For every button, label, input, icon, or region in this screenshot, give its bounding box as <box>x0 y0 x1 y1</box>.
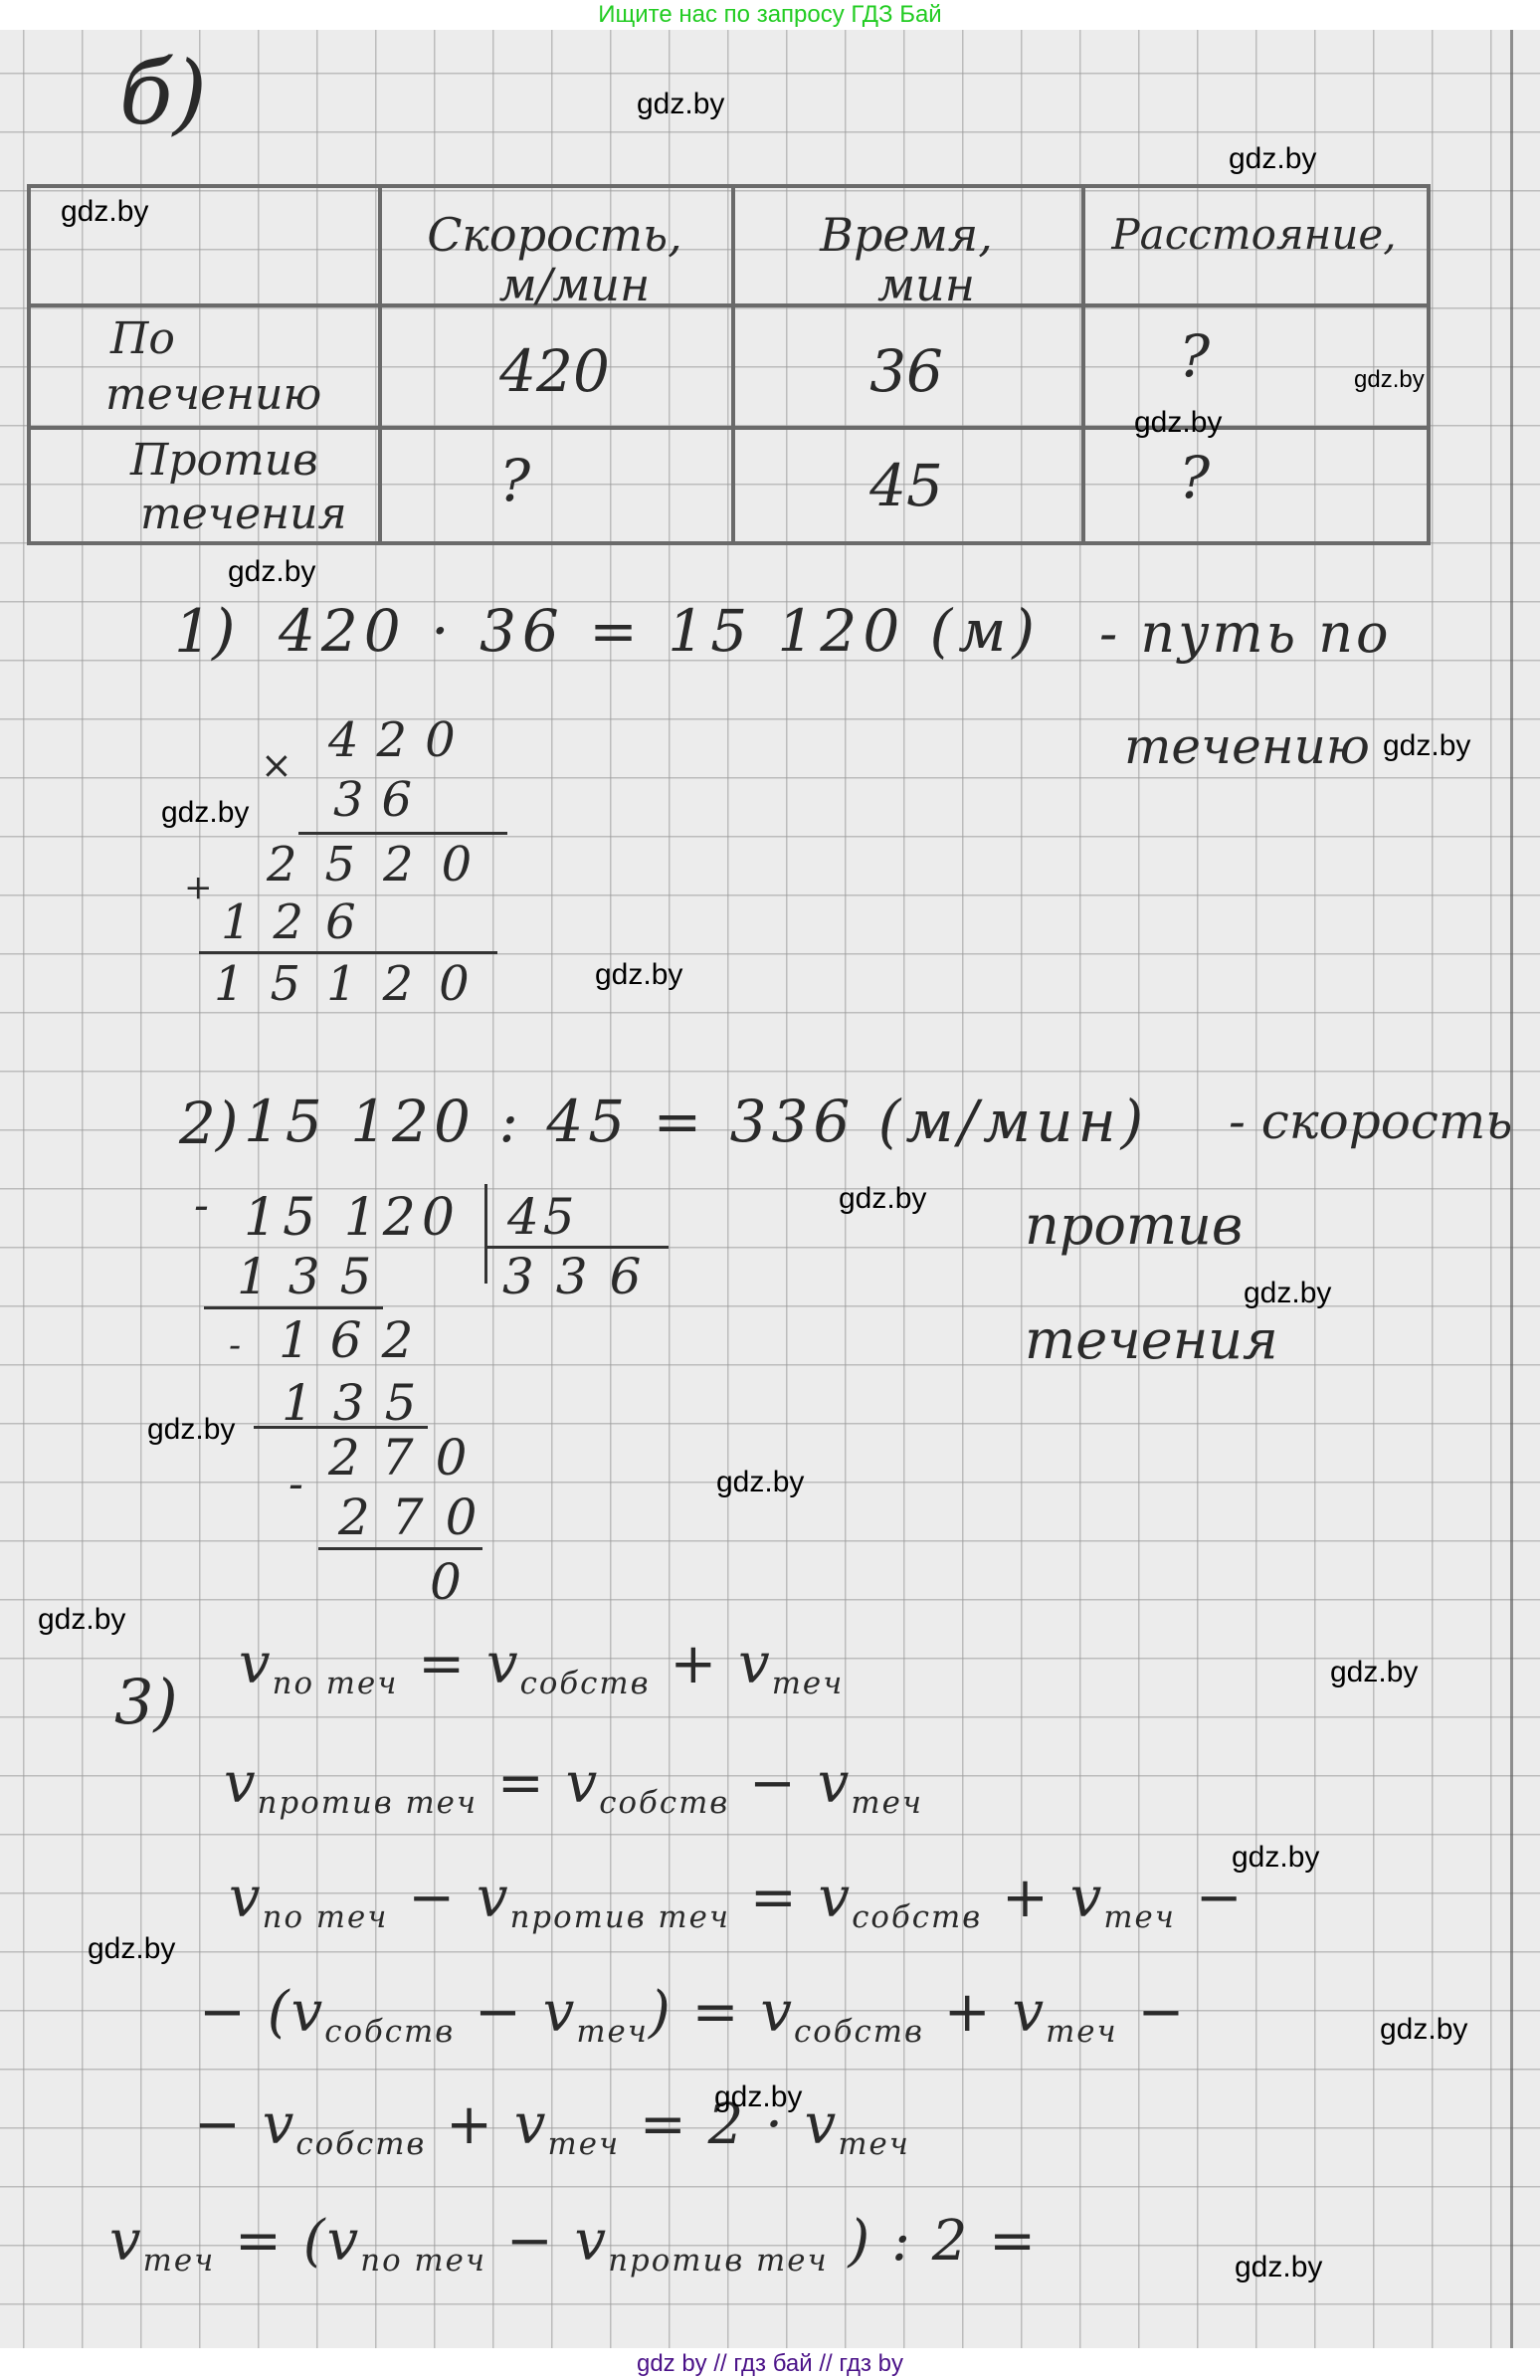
watermark-text: gdz.by <box>1330 1658 1418 1687</box>
watermark-text: gdz.by <box>595 960 682 990</box>
velocity-subscript: теч <box>143 2243 216 2279</box>
velocity-subscript: собств <box>794 2014 924 2050</box>
step2-number: 2) <box>179 1094 239 1152</box>
formula-operator: − <box>1118 1980 1187 2045</box>
velocity-symbol: vсобств <box>819 1866 983 1930</box>
formula-operator: = <box>398 1632 486 1696</box>
row-upstream-label: Против течения <box>61 434 379 541</box>
mult-result: 15120 <box>214 960 495 1008</box>
velocity-symbol: vтеч <box>514 2092 620 2157</box>
watermark-text: gdz.by <box>714 2082 802 2112</box>
velocity-symbol: vтеч <box>805 2092 910 2157</box>
row-label-line: течению <box>61 367 359 423</box>
division-step: 270 <box>328 1433 488 1483</box>
watermark-text: gdz.by <box>1244 1279 1331 1308</box>
watermark-text: gdz.by <box>1354 368 1425 392</box>
formula-line: vпротив теч = vсобств − vтеч <box>224 1756 923 1819</box>
header-speed: Скорость, м/мин <box>378 210 731 309</box>
velocity-symbol: vсобств <box>486 1632 651 1696</box>
formula-operator: − <box>486 2209 575 2274</box>
row-downstream-speed: 420 <box>378 342 731 400</box>
step2-equation: 15 120 : 45 = 336 (м/мин) <box>244 1092 1148 1150</box>
velocity-subscript: теч <box>838 2126 910 2162</box>
division-divisor: 45 <box>507 1192 579 1242</box>
velocity-symbol: vпо теч <box>239 1632 398 1696</box>
velocity-symbol: vпо теч <box>229 1866 388 1930</box>
formula-operator: + <box>982 1866 1070 1930</box>
watermark-text: gdz.by <box>88 1934 175 1964</box>
velocity-symbol: vсобств <box>566 1751 730 1816</box>
formula-line: − (vсобств − vтеч) = vсобств + vтеч − <box>199 1985 1186 2048</box>
minus-sign: - <box>229 1328 241 1364</box>
step1-note-line2: течению <box>1124 721 1370 771</box>
footer-links[interactable]: gdz by // гдз бай // гдз by <box>0 2348 1540 2380</box>
velocity-subscript: против теч <box>608 2243 828 2279</box>
formula-operator: ) = <box>649 1980 760 2045</box>
watermark-text: gdz.by <box>1134 408 1222 438</box>
velocity-subscript: собств <box>520 1666 651 1701</box>
velocity-symbol: vтеч <box>109 2209 215 2274</box>
division-rule <box>204 1306 383 1309</box>
velocity-symbol: vсобств <box>291 1980 456 2045</box>
row-label-line: По <box>61 311 359 367</box>
plus-sign: + <box>184 871 213 904</box>
row-downstream-time: 36 <box>731 342 1081 400</box>
watermark-text: gdz.by <box>1235 2253 1322 2282</box>
watermark-text: gdz.by <box>1232 1843 1319 1873</box>
formula-operator: + <box>924 1980 1013 2045</box>
division-step: 0 <box>430 1557 462 1607</box>
velocity-symbol: vпротив теч <box>575 2209 829 2274</box>
watermark-text: gdz.by <box>839 1184 926 1214</box>
step2-note-line1: - скорость <box>1229 1096 1513 1146</box>
watermark-text: gdz.by <box>1229 144 1316 174</box>
velocity-symbol: vсобств <box>760 1980 924 2045</box>
search-banner[interactable]: Ищите нас по запросу ГДЗ Бай <box>0 0 1540 30</box>
header-distance-line1: Расстояние, <box>1081 210 1427 260</box>
header-time-line2: мин <box>731 260 1081 309</box>
mult-operand2: 36 <box>333 776 430 824</box>
division-rule <box>318 1547 482 1550</box>
page-margin-line <box>1510 30 1513 2348</box>
formula-line: − vсобств + vтеч = 2 · vтеч <box>194 2097 910 2160</box>
velocity-symbol: vпротив теч <box>477 1866 730 1930</box>
mult-rule <box>199 951 497 954</box>
velocity-subscript: собств <box>295 2126 426 2162</box>
mult-sign: × <box>261 746 292 784</box>
velocity-subscript: по теч <box>360 2243 486 2279</box>
header-speed-line2: м/мин <box>378 260 731 309</box>
velocity-symbol: vсобств <box>263 2092 427 2157</box>
formula-operator: − <box>388 1866 477 1930</box>
velocity-symbol: vпротив теч <box>224 1751 478 1816</box>
watermark-text: gdz.by <box>61 197 148 227</box>
velocity-subscript: теч <box>1046 2014 1118 2050</box>
division-bracket <box>484 1184 487 1284</box>
watermark-text: gdz.by <box>1383 731 1470 761</box>
division-step: 162 <box>279 1315 433 1365</box>
step3-number: 3) <box>114 1672 178 1733</box>
velocity-subscript: теч <box>851 1785 923 1821</box>
velocity-symbol: vпо теч <box>327 2209 486 2274</box>
watermark-text: gdz.by <box>716 1468 804 1497</box>
section-label: б) <box>119 50 207 137</box>
problem-table: Скорость, м/мин Время, мин Расстояние, П… <box>27 184 1431 545</box>
mult-rule <box>298 832 507 835</box>
division-quotient: 336 <box>502 1252 663 1301</box>
formula-operator: = <box>730 1866 819 1930</box>
velocity-subscript: теч <box>772 1666 845 1701</box>
velocity-subscript: по теч <box>263 1899 389 1935</box>
velocity-subscript: собств <box>852 1899 982 1935</box>
watermark-text: gdz.by <box>38 1605 125 1635</box>
formula-operator: = <box>478 1751 566 1816</box>
formula-operator: − <box>455 1980 543 2045</box>
velocity-subscript: собств <box>324 2014 455 2050</box>
division-step: 135 <box>282 1378 436 1428</box>
velocity-symbol: vтеч <box>543 1980 649 2045</box>
step1-equation: 420 · 36 = 15 120 (м) <box>279 602 1041 660</box>
mult-partial2: 126 <box>221 898 378 946</box>
formula-line: vпо теч − vпротив теч = vсобств + vтеч − <box>229 1871 1245 1933</box>
velocity-symbol: vтеч <box>738 1632 844 1696</box>
formula-operator: − ( <box>199 1980 291 2045</box>
header-time: Время, мин <box>731 210 1081 309</box>
row-label-line: Против <box>61 434 379 488</box>
velocity-symbol: vтеч <box>1070 1866 1176 1930</box>
row-upstream-distance: ? <box>1081 449 1427 506</box>
velocity-symbol: vтеч <box>1012 1980 1117 2045</box>
step1-number: 1) <box>174 602 236 662</box>
velocity-subscript: теч <box>1103 1899 1176 1935</box>
header-distance: Расстояние, <box>1081 210 1427 260</box>
formula-operator: + <box>426 2092 514 2157</box>
velocity-subscript: против теч <box>510 1899 730 1935</box>
formula-operator: − <box>729 1751 818 1816</box>
velocity-subscript: против теч <box>258 1785 478 1821</box>
watermark-text: gdz.by <box>637 90 724 119</box>
watermark-text: gdz.by <box>147 1415 235 1445</box>
formula-operator: − <box>194 2092 263 2157</box>
division-dividend: 15 120 <box>244 1192 461 1244</box>
division-step: 270 <box>338 1492 498 1542</box>
mult-partial1: 2520 <box>267 841 499 889</box>
minus-sign: - <box>289 1463 303 1506</box>
velocity-symbol: vтеч <box>818 1751 923 1816</box>
velocity-subscript: теч <box>548 2126 621 2162</box>
velocity-subscript: по теч <box>273 1666 399 1701</box>
formula-operator: ) : 2 = <box>829 2209 1038 2274</box>
row-upstream-time: 45 <box>731 457 1081 514</box>
header-time-line1: Время, <box>731 210 1081 260</box>
row-downstream-label: По течению <box>61 311 359 423</box>
row-upstream-speed: ? <box>378 452 731 509</box>
velocity-subscript: теч <box>576 2014 649 2050</box>
formula-operator: = ( <box>215 2209 326 2274</box>
watermark-text: gdz.by <box>1380 2015 1467 2045</box>
formula-line: vтеч = (vпо теч − vпротив теч ) : 2 = <box>109 2214 1038 2277</box>
formula-operator: − <box>1176 1866 1245 1930</box>
velocity-subscript: собств <box>599 1785 729 1821</box>
step1-note-line1: - путь по <box>1099 607 1392 661</box>
formula-operator: + <box>651 1632 739 1696</box>
watermark-text: gdz.by <box>161 798 249 828</box>
notebook-page: б) Скорость, м/мин Время, мин Расстояние… <box>0 30 1540 2348</box>
header-speed-line1: Скорость, <box>378 210 731 260</box>
step2-note-line3: течения <box>1025 1313 1278 1367</box>
minus-sign: - <box>194 1184 209 1228</box>
step2-note-line2: против <box>1025 1199 1243 1253</box>
division-step: 135 <box>237 1252 391 1301</box>
row-label-line: течения <box>61 488 379 541</box>
mult-operand1: 420 <box>328 716 474 764</box>
watermark-text: gdz.by <box>228 557 315 587</box>
formula-line: vпо теч = vсобств + vтеч <box>239 1637 844 1699</box>
